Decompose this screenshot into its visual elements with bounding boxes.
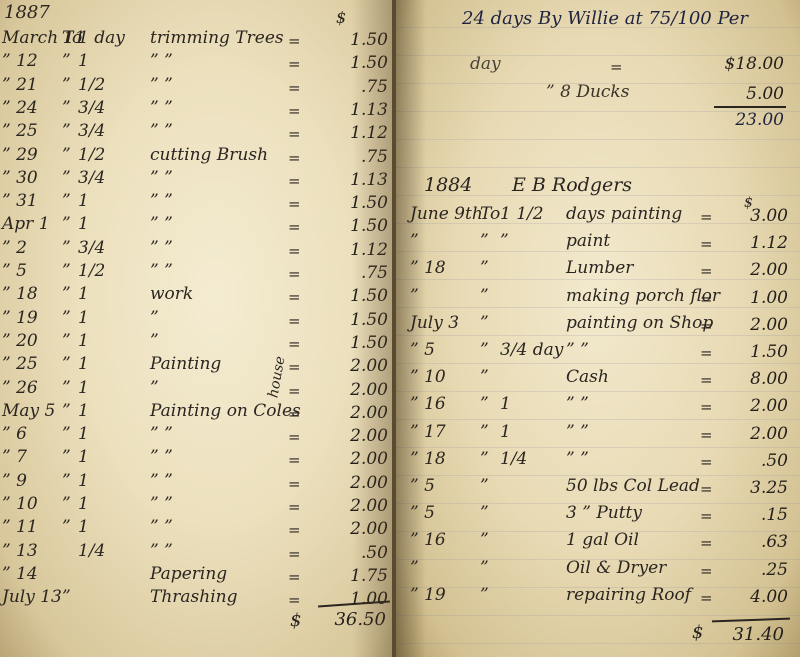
entry-amount: 3.00 (718, 206, 788, 226)
entry-date: ” 16 (410, 532, 446, 549)
entry-amount: .15 (718, 505, 788, 525)
entry-date: ” 21 (2, 77, 38, 94)
entry-description: repairing Roof (566, 587, 691, 604)
entry-date: ” 16 (410, 396, 446, 413)
entry-date: ” 7 (2, 449, 27, 466)
entry-date: ” 10 (410, 369, 446, 386)
entry-days: 3/4 day (500, 342, 563, 359)
equals-sign: = (288, 335, 301, 353)
entry-amount: 2.00 (316, 519, 388, 539)
entry-description: ” (150, 380, 159, 397)
entry-prefix: ” (62, 53, 71, 70)
entry-days: 1/4 (500, 451, 527, 468)
entry-prefix: ” (62, 123, 71, 140)
entry-prefix: ” (480, 560, 489, 577)
entry-days: 1 (78, 333, 89, 350)
equals-sign: = (288, 172, 301, 190)
entry-date: June 9th (410, 206, 483, 223)
entry-days: 1 (78, 403, 89, 420)
entry-amount: 1.50 (316, 333, 388, 353)
entry-days: 1 day (78, 30, 125, 47)
entry-date: Apr 1 (2, 216, 50, 233)
entry-description: ” ” (150, 473, 173, 490)
entry-amount: .50 (316, 543, 388, 563)
entry-date: ” 12 (2, 53, 38, 70)
entry-days: 1/4 (78, 543, 105, 560)
equals-sign: = (288, 288, 301, 306)
entry-days: ” (500, 233, 509, 250)
entry-date: ” (410, 288, 419, 305)
entry-prefix: ” (62, 216, 71, 233)
entry-prefix: ” (62, 356, 71, 373)
entry-description: making porch flor (566, 288, 720, 305)
entry-date: ” (410, 233, 419, 250)
entry-description: ” (150, 333, 159, 350)
total-rule (712, 618, 790, 623)
entry-prefix: ” (62, 449, 71, 466)
equals-sign: = (700, 480, 713, 498)
entry-date: ” 20 (2, 333, 38, 350)
entry-description: paint (566, 233, 610, 250)
entry-prefix: ” (62, 426, 71, 443)
equals-sign: = (700, 262, 713, 280)
entry-description: ” ” (150, 426, 173, 443)
equals-sign: = (700, 235, 713, 253)
entry-amount: 1.12 (718, 233, 788, 253)
entry-prefix: ” (62, 519, 71, 536)
entry-description: ” ” (566, 424, 589, 441)
entry-prefix: ” (480, 424, 489, 441)
entry-days: 1 (500, 396, 511, 413)
equals-sign: = (288, 149, 301, 167)
equals-sign: = (288, 591, 301, 609)
entry-amount: .75 (316, 77, 388, 97)
equals-sign: = (288, 545, 301, 563)
entry-description: ” ” (150, 449, 173, 466)
entry-date: ” 9 (2, 473, 27, 490)
entry-days: 1 (78, 473, 89, 490)
entry-description: Painting on Coles (150, 403, 301, 420)
entry-description: ” ” (150, 240, 173, 257)
currency-symbol-total: $ (290, 612, 301, 630)
entry-days: 1 (78, 496, 89, 513)
equals-sign: = (700, 344, 713, 362)
left-total: 36.50 (318, 609, 386, 630)
equals-sign: = (700, 426, 713, 444)
entry-amount: 1.50 (316, 216, 388, 236)
entry-date: ” 18 (410, 451, 446, 468)
entry-date: July 3 (410, 315, 459, 332)
entry-amount: 1.75 (316, 566, 388, 586)
entry-amount: 4.00 (718, 587, 788, 607)
entry-days: 1/2 (78, 263, 105, 280)
equals-sign: = (288, 55, 301, 73)
entry-prefix: ” (62, 240, 71, 257)
entry-description: 3 ” Putty (566, 505, 642, 522)
entry-amount: .75 (316, 147, 388, 167)
entry-prefix: ” (62, 100, 71, 117)
entry-amount: 1.12 (316, 123, 388, 143)
entry-amount: .25 (718, 560, 788, 580)
currency-symbol: $ (336, 10, 346, 26)
entry-description: Painting (150, 356, 221, 373)
entry-description: 1 gal Oil (566, 532, 639, 549)
entry-amount: 1.00 (718, 288, 788, 308)
entry-days: 3/4 (78, 170, 105, 187)
willie-entry-continuation: day (470, 56, 501, 73)
entry-prefix: ” (62, 263, 71, 280)
equals-sign: = (288, 218, 301, 236)
entry-prefix: ” (62, 77, 71, 94)
right-ledger-page: 24 days By Willie at 75/100 Per day = $1… (396, 0, 800, 657)
equals-sign: = (288, 568, 301, 586)
entry-amount: 2.00 (316, 356, 388, 376)
entry-date: ” 5 (410, 505, 435, 522)
entry-description: ” (150, 310, 159, 327)
entry-prefix: ” (480, 505, 489, 522)
entry-days: 1 (78, 286, 89, 303)
entry-date: ” 18 (2, 286, 38, 303)
entry-date: ” 26 (2, 380, 38, 397)
entry-days: 1 (78, 356, 89, 373)
entry-amount: 1.13 (316, 100, 388, 120)
entry-amount: 2.00 (718, 396, 788, 416)
equals-sign: = (288, 451, 301, 469)
equals-sign: = (700, 562, 713, 580)
entry-amount: 2.00 (718, 315, 788, 335)
entry-date: ” 19 (410, 587, 446, 604)
entry-amount: 2.00 (316, 473, 388, 493)
equals-sign: = (288, 125, 301, 143)
entry-amount: 1.13 (316, 170, 388, 190)
equals-sign: = (700, 453, 713, 471)
entry-amount: 8.00 (718, 369, 788, 389)
equals-sign: = (700, 534, 713, 552)
entry-days: 1 (78, 380, 89, 397)
entry-date: ” 13 (2, 543, 38, 560)
willie-amount: $18.00 (712, 54, 784, 74)
entry-amount: 3.25 (718, 478, 788, 498)
entry-description: ” ” (150, 263, 173, 280)
equals-sign: = (610, 58, 623, 76)
entry-days: 3/4 (78, 240, 105, 257)
header-total: 23.00 (716, 110, 784, 130)
entry-description: ” ” (150, 123, 173, 140)
entry-amount: 1.50 (316, 193, 388, 213)
entry-prefix: ” (62, 589, 71, 606)
account-name: E B Rodgers (512, 176, 632, 195)
entry-amount: .63 (718, 532, 788, 552)
entry-date: ” 6 (2, 426, 27, 443)
entry-prefix: ” (480, 342, 489, 359)
entry-date: ” 5 (410, 478, 435, 495)
entry-description: Papering (150, 566, 227, 583)
entry-amount: 2.00 (718, 424, 788, 444)
entry-days: 1 (78, 216, 89, 233)
entry-description: Cash (566, 369, 609, 386)
entry-prefix: ” (480, 451, 489, 468)
entry-description: ” ” (150, 496, 173, 513)
account-year: 1884 (424, 176, 472, 195)
entry-description: ” ” (150, 216, 173, 233)
entry-description: trimming Trees (150, 30, 284, 47)
equals-sign: = (288, 32, 301, 50)
entry-date: ” 5 (2, 263, 27, 280)
entry-description: work (150, 286, 193, 303)
entry-date: May 5 (2, 403, 55, 420)
entry-description: ” ” (150, 543, 173, 560)
equals-sign: = (288, 358, 301, 376)
entry-description: ” ” (150, 100, 173, 117)
entry-amount: 1.50 (316, 310, 388, 330)
entry-prefix: ” (62, 473, 71, 490)
equals-sign: = (288, 102, 301, 120)
entry-description: ” ” (566, 342, 589, 359)
equals-sign: = (288, 498, 301, 516)
entry-amount: 1.50 (316, 286, 388, 306)
entry-days: 1 (500, 424, 511, 441)
entry-description: 50 lbs Col Lead (566, 478, 700, 495)
entry-date: ” 31 (2, 193, 38, 210)
entry-prefix: To (480, 206, 500, 223)
entry-days: 3/4 (78, 123, 105, 140)
header-total-rule (714, 106, 786, 108)
entry-days: 3/4 (78, 100, 105, 117)
entry-amount: 1.12 (316, 240, 388, 260)
entry-amount: 2.00 (316, 496, 388, 516)
entry-prefix: ” (480, 369, 489, 386)
equals-sign: = (288, 405, 301, 423)
equals-sign: = (700, 290, 713, 308)
entry-description: days painting (566, 206, 682, 223)
equals-sign: = (288, 382, 301, 400)
entry-date: ” 30 (2, 170, 38, 187)
entry-date: July 13 (2, 589, 62, 606)
entry-date: ” 10 (2, 496, 38, 513)
entry-amount: 2.00 (316, 426, 388, 446)
entry-amount: 1.50 (316, 30, 388, 50)
currency-symbol-total: $ (692, 624, 703, 642)
entry-date: ” 2 (2, 240, 27, 257)
entry-days: 1 (78, 310, 89, 327)
entry-days: 1 1/2 (500, 206, 544, 223)
equals-sign: = (288, 79, 301, 97)
entry-prefix: ” (480, 315, 489, 332)
entry-prefix: ” (62, 170, 71, 187)
entry-date: ” 19 (2, 310, 38, 327)
entry-date: ” (410, 560, 419, 577)
entry-prefix: ” (480, 532, 489, 549)
entry-date: ” 24 (2, 100, 38, 117)
equals-sign: = (288, 195, 301, 213)
entry-prefix: ” (62, 380, 71, 397)
entry-date: ” 29 (2, 147, 38, 164)
equals-sign: = (700, 507, 713, 525)
entry-amount: 2.00 (316, 403, 388, 423)
entry-prefix: ” (62, 286, 71, 303)
willie-entry: 24 days By Willie at 75/100 Per (462, 10, 748, 28)
entry-description: Lumber (566, 260, 633, 277)
entry-amount: 1.50 (718, 342, 788, 362)
entry-prefix: ” (62, 333, 71, 350)
entry-description: ” ” (566, 451, 589, 468)
ducks-entry: ” 8 Ducks (546, 84, 629, 101)
entry-amount: .75 (316, 263, 388, 283)
ledger-year: 1887 (4, 4, 50, 22)
entry-date: ” 17 (410, 424, 446, 441)
entry-days: 1 (78, 519, 89, 536)
equals-sign: = (288, 428, 301, 446)
entry-description: painting on Shop (566, 315, 713, 332)
equals-sign: = (288, 475, 301, 493)
entry-date: ” 25 (2, 356, 38, 373)
equals-sign: = (288, 521, 301, 539)
entry-prefix: ” (480, 396, 489, 413)
entry-prefix: ” (480, 288, 489, 305)
entry-prefix: ” (62, 147, 71, 164)
equals-sign: = (700, 371, 713, 389)
entry-date: ” 18 (410, 260, 446, 277)
entry-amount: 2.00 (316, 449, 388, 469)
equals-sign: = (288, 312, 301, 330)
entry-date: ” 25 (2, 123, 38, 140)
entry-description: ” ” (566, 396, 589, 413)
entry-date: ” 5 (410, 342, 435, 359)
entry-amount: 2.00 (316, 380, 388, 400)
entry-description: ” ” (150, 77, 173, 94)
entry-days: 1/2 (78, 147, 105, 164)
entry-amount: .50 (718, 451, 788, 471)
entry-prefix: ” (62, 310, 71, 327)
entry-date: ” 14 (2, 566, 38, 583)
right-total: 31.40 (714, 624, 784, 645)
entry-prefix: ” (62, 403, 71, 420)
entry-description: ” ” (150, 53, 173, 70)
entry-description: Oil & Dryer (566, 560, 666, 577)
entry-prefix: ” (480, 233, 489, 250)
entry-amount: 2.00 (718, 260, 788, 280)
equals-sign: = (700, 398, 713, 416)
equals-sign: = (288, 242, 301, 260)
left-ledger-page: 1887 $ March 11To1 daytrimming Trees=1.5… (0, 0, 392, 657)
ducks-amount: 5.00 (716, 84, 784, 104)
entry-description: ” ” (150, 170, 173, 187)
entry-days: 1 (78, 53, 89, 70)
entry-prefix: ” (480, 260, 489, 277)
equals-sign: = (700, 317, 713, 335)
entry-prefix: ” (62, 193, 71, 210)
entry-prefix: ” (480, 478, 489, 495)
entry-amount: 1.50 (316, 53, 388, 73)
entry-description: ” ” (150, 519, 173, 536)
entry-description: cutting Brush (150, 147, 268, 164)
entry-description: ” ” (150, 193, 173, 210)
margin-note: house (266, 355, 287, 399)
entry-description: Thrashing (150, 589, 238, 606)
entry-prefix: ” (62, 496, 71, 513)
equals-sign: = (700, 589, 713, 607)
entry-prefix: ” (480, 587, 489, 604)
entry-date: ” 11 (2, 519, 38, 536)
equals-sign: = (288, 265, 301, 283)
entry-days: 1 (78, 193, 89, 210)
entry-days: 1 (78, 426, 89, 443)
equals-sign: = (700, 208, 713, 226)
entry-days: 1 (78, 449, 89, 466)
entry-days: 1/2 (78, 77, 105, 94)
